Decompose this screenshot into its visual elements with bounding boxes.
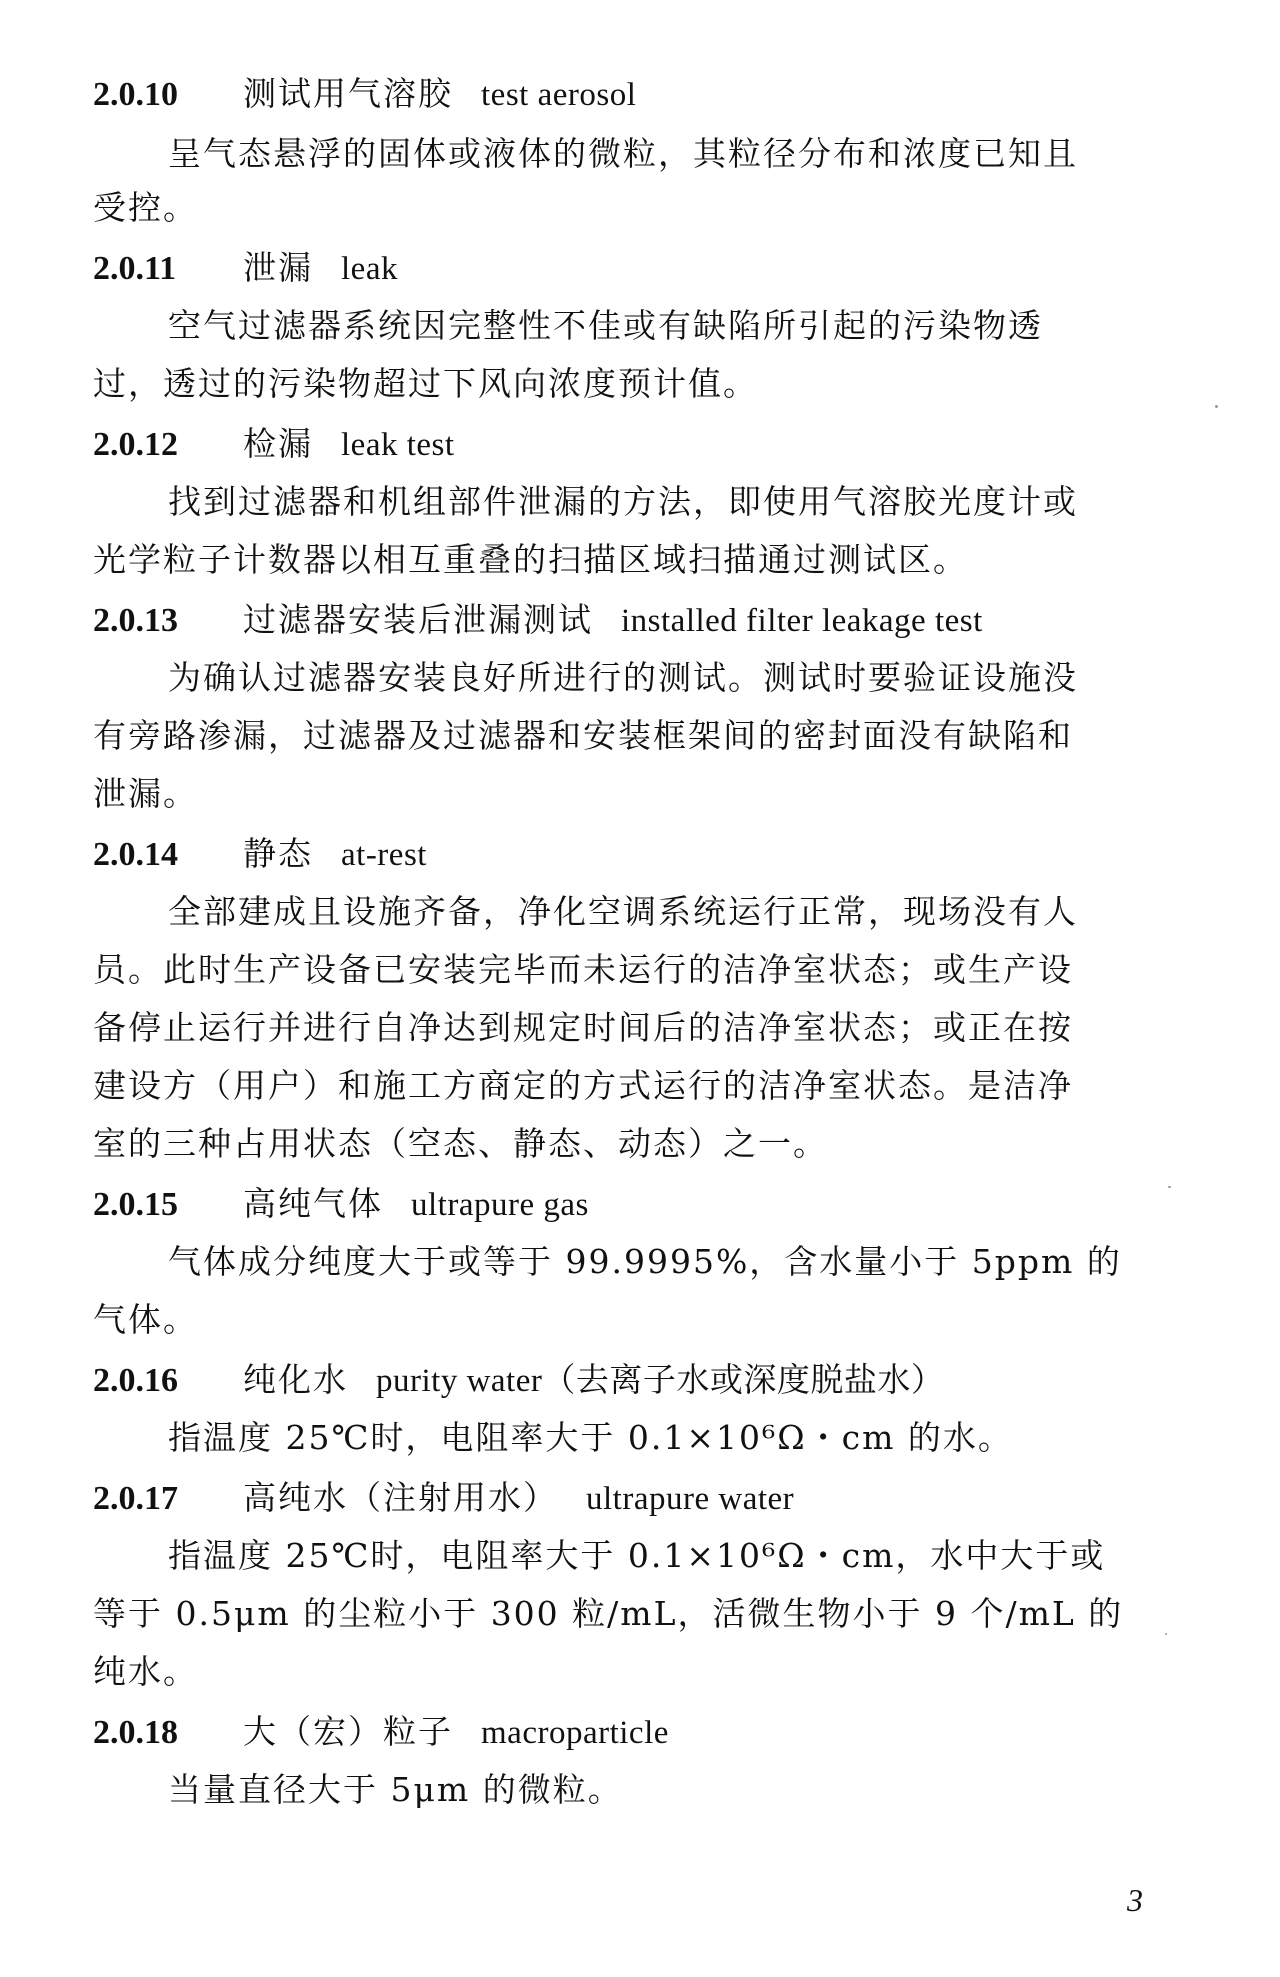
term-zh: 大（宏）粒子 (243, 1712, 453, 1751)
term-number: 2.0.10 (93, 75, 243, 115)
term-heading-2-0-16: 2.0.16纯化水purity water（去离子水或深度脱盐水） (93, 1360, 944, 1401)
term-number: 2.0.16 (93, 1361, 243, 1401)
definition-line: 空气过滤器系统因完整性不佳或有缺陷所引起的污染物透 (168, 306, 1043, 346)
term-zh: 过滤器安装后泄漏测试 (243, 600, 593, 639)
definition-line: 当量直径大于 5μm 的微粒。 (168, 1770, 623, 1810)
definition-line: 有旁路渗漏，过滤器及过滤器和安装框架间的密封面没有缺陷和 (93, 716, 1073, 756)
scan-speck (1215, 405, 1218, 408)
term-en: installed filter leakage test (621, 603, 983, 639)
term-number: 2.0.15 (93, 1185, 243, 1225)
scan-speck (1165, 1633, 1167, 1635)
term-en: macroparticle (481, 1715, 669, 1751)
definition-line: 为确认过滤器安装良好所进行的测试。测试时要验证设施没 (168, 658, 1078, 698)
definition-line: 呈气态悬浮的固体或液体的微粒，其粒径分布和浓度已知且 (168, 134, 1078, 174)
term-heading-2-0-17: 2.0.17高纯水（注射用水）ultrapure water (93, 1478, 794, 1519)
term-zh: 静态 (243, 834, 313, 873)
term-number: 2.0.13 (93, 601, 243, 641)
term-number: 2.0.14 (93, 835, 243, 875)
term-en: leak (341, 251, 398, 287)
term-en: test aerosol (481, 77, 636, 113)
term-heading-2-0-12: 2.0.12检漏leak test (93, 424, 455, 465)
scan-speck (1168, 1186, 1171, 1188)
term-heading-2-0-14: 2.0.14静态at-rest (93, 834, 427, 875)
definition-line: 员。此时生产设备已安装完毕而未运行的洁净室状态；或生产设 (93, 950, 1073, 990)
term-zh: 高纯气体 (243, 1184, 383, 1223)
term-number: 2.0.12 (93, 425, 243, 465)
definition-line: 备停止运行并进行自净达到规定时间后的洁净室状态；或正在按 (93, 1008, 1073, 1048)
definition-line: 找到过滤器和机组部件泄漏的方法，即使用气溶胶光度计或 (168, 482, 1078, 522)
term-zh: 检漏 (243, 424, 313, 463)
definition-line: 室的三种占用状态（空态、静态、动态）之一。 (93, 1124, 828, 1164)
page-number: 3 (1127, 1880, 1143, 1920)
document-page: 2.0.10测试用气溶胶test aerosol 呈气态悬浮的固体或液体的微粒，… (0, 0, 1280, 1977)
term-heading-2-0-11: 2.0.11泄漏leak (93, 248, 398, 289)
term-en: at-rest (341, 837, 427, 873)
definition-line: 指温度 25℃时，电阻率大于 0.1×10⁶Ω・cm 的水。 (168, 1418, 1013, 1458)
term-zh: 高纯水（注射用水） (243, 1478, 558, 1517)
term-zh: 泄漏 (243, 248, 313, 287)
term-number: 2.0.18 (93, 1713, 243, 1753)
definition-line: 气体成分纯度大于或等于 99.9995%，含水量小于 5ppm 的 (168, 1242, 1122, 1282)
term-en: purity water（去离子水或深度脱盐水） (376, 1363, 944, 1399)
term-heading-2-0-15: 2.0.15高纯气体ultrapure gas (93, 1184, 589, 1225)
term-zh: 纯化水 (243, 1360, 348, 1399)
definition-line: 建设方（用户）和施工方商定的方式运行的洁净室状态。是洁净 (93, 1066, 1073, 1106)
term-en: ultrapure water (586, 1481, 794, 1517)
definition-line: 光学粒子计数器以相互重叠的扫描区域扫描通过测试区。 (93, 540, 968, 580)
term-heading-2-0-10: 2.0.10测试用气溶胶test aerosol (93, 74, 636, 115)
term-number: 2.0.11 (93, 249, 243, 289)
term-heading-2-0-18: 2.0.18大（宏）粒子macroparticle (93, 1712, 669, 1753)
definition-line: 气体。 (93, 1300, 198, 1340)
definition-line: 受控。 (93, 188, 198, 228)
definition-line: 全部建成且设施齐备，净化空调系统运行正常，现场没有人 (168, 892, 1078, 932)
definition-line: 指温度 25℃时，电阻率大于 0.1×10⁶Ω・cm，水中大于或 (168, 1536, 1105, 1576)
definition-line: 过，透过的污染物超过下风向浓度预计值。 (93, 364, 758, 404)
term-en: ultrapure gas (411, 1187, 589, 1223)
definition-line: 等于 0.5μm 的尘粒小于 300 粒/mL，活微生物小于 9 个/mL 的 (93, 1594, 1123, 1634)
term-zh: 测试用气溶胶 (243, 74, 453, 113)
definition-line: 纯水。 (93, 1652, 198, 1692)
definition-line: 泄漏。 (93, 774, 198, 814)
term-number: 2.0.17 (93, 1479, 243, 1519)
term-heading-2-0-13: 2.0.13过滤器安装后泄漏测试installed filter leakage… (93, 600, 983, 641)
term-en: leak test (341, 427, 455, 463)
